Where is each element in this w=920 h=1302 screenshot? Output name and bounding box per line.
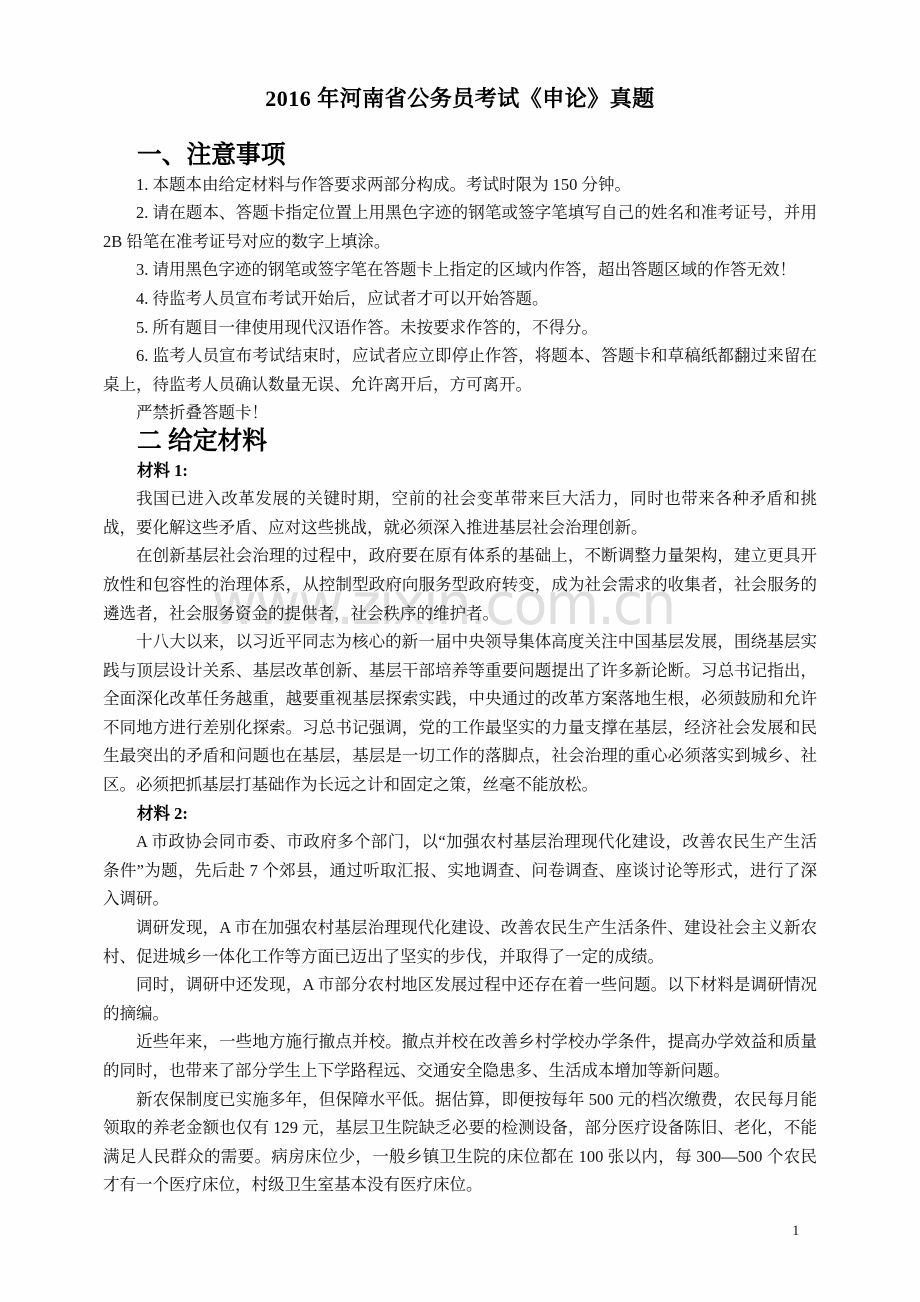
material-2-paragraph-4: 近些年来，一些地方施行撤点并校。撤点并校在改善乡村学校办学条件，提高办学效益和质… <box>103 1028 817 1085</box>
notice-warning: 严禁折叠答题卡！ <box>103 399 817 428</box>
material-1-paragraph-1: 我国已进入改革发展的关键时期，空前的社会变革带来巨大活力，同时也带来各种矛盾和挑… <box>103 485 817 542</box>
material-1-label: 材料 1: <box>103 457 817 486</box>
notice-item-4: 4. 待监考人员宣布考试开始后，应试者才可以开始答题。 <box>103 285 817 314</box>
page-number: 1 <box>792 1221 800 1241</box>
page-title: 2016 年河南省公务员考试《申论》真题 <box>103 84 817 114</box>
material-2-paragraph-1: A 市政协会同市委、市政府多个部门，以“加强农村基层治理现代化建设，改善农民生产… <box>103 828 817 914</box>
material-2-label: 材料 2: <box>103 800 817 829</box>
material-2-paragraph-2: 调研发现，A 市在加强农村基层治理现代化建设、改善农民生产生活条件、建设社会主义… <box>103 914 817 971</box>
notice-item-5: 5. 所有题目一律使用现代汉语作答。未按要求作答的，不得分。 <box>103 314 817 343</box>
material-1-paragraph-2: 在创新基层社会治理的过程中，政府要在原有体系的基础上，不断调整力量架构，建立更具… <box>103 542 817 628</box>
materials-section-heading: 二 给定材料 <box>103 428 817 457</box>
notice-item-2: 2. 请在题本、答题卡指定位置上用黑色字迹的钢笔或签字笔填写自己的姓名和准考证号… <box>103 199 817 256</box>
notice-section-heading: 一、注意事项 <box>103 142 817 171</box>
notice-item-3: 3. 请用黑色字迹的钢笔或签字笔在答题卡上指定的区域内作答，超出答题区域的作答无… <box>103 256 817 285</box>
document-page: www.zixin.com.cn 2016 年河南省公务员考试《申论》真题 一、… <box>0 0 920 1302</box>
material-2-paragraph-3: 同时，调研中还发现，A 市部分农村地区发展过程中还存在着一些问题。以下材料是调研… <box>103 971 817 1028</box>
notice-item-6: 6. 监考人员宣布考试结束时，应试者应立即停止作答，将题本、答题卡和草稿纸都翻过… <box>103 342 817 399</box>
material-1-paragraph-3: 十八大以来，以习近平同志为核心的新一届中央领导集体高度关注中国基层发展，围绕基层… <box>103 628 817 800</box>
notice-item-1: 1. 本题本由给定材料与作答要求两部分构成。考试时限为 150 分钟。 <box>103 171 817 200</box>
material-2-paragraph-5: 新农保制度已实施多年，但保障水平低。据估算，即便按每年 500 元的档次缴费，农… <box>103 1086 817 1200</box>
